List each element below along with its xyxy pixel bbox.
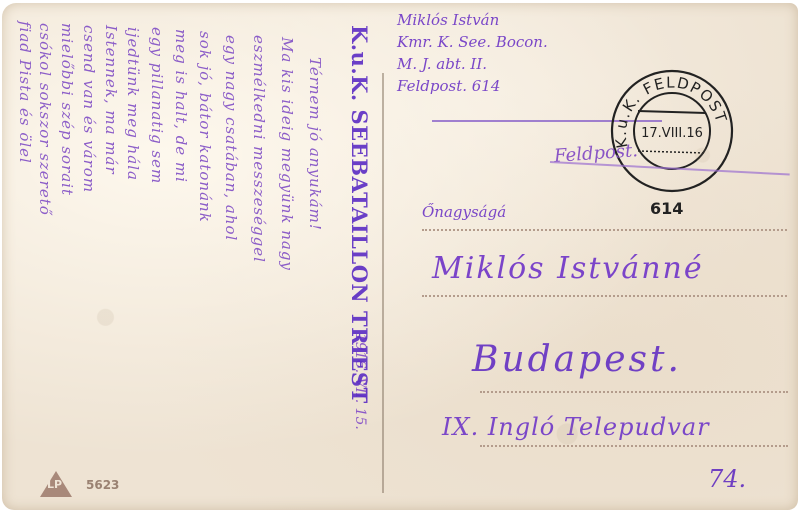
address-city: Budapest. (472, 339, 682, 380)
address-dotted-line (422, 295, 787, 297)
message-line: ijedtünk meg hála (124, 27, 142, 181)
postmark-office-number: 614 (650, 199, 683, 218)
address-number: 74. (708, 465, 746, 493)
message-line: fiad Pista és ölel (16, 21, 34, 164)
message-line: sok jó, bátor katonánk (196, 31, 214, 223)
postmark-date: 17.VIII.16 (641, 126, 703, 141)
postmark: K.u.K. FELDPOST 17.VIII.16 (608, 67, 736, 195)
publisher-card-number: 5623 (86, 478, 119, 492)
message-line: eszmélkedni messzeséggel (250, 35, 268, 263)
sender-line: Kmr. K. See. Bocon. (397, 31, 657, 53)
message-line: meg is halt, de mi (172, 29, 190, 183)
message-line: csókol sokszor szerető (36, 23, 54, 216)
address-recipient: Miklós Istvánné (432, 251, 704, 286)
message-line: Istennek, ma már (102, 25, 120, 175)
message-line: mielőbbi szép sorait (58, 23, 76, 196)
address-dotted-line (480, 391, 788, 393)
message-area: Térnem jó anyukám! Ma kis ideig megyünk … (16, 17, 336, 497)
message-line: Térnem jó anyukám! (306, 57, 324, 231)
address-salutation: Őnagyságá (422, 203, 506, 221)
address-dotted-line (480, 445, 788, 447)
message-line: egy pillanatig sem (148, 27, 166, 184)
address-street: IX. Ingló Telepudvar (442, 413, 710, 441)
publisher-logo-text: LP (47, 478, 62, 491)
sender-line: Miklós István (397, 9, 657, 31)
divider-line (382, 73, 384, 493)
address-dotted-line (422, 229, 787, 231)
postmark-circle-icon: K.u.K. FELDPOST 17.VIII.16 (608, 67, 736, 195)
message-line: csend van és várom (80, 25, 98, 193)
publisher-mark: LP 5623 (40, 471, 72, 497)
message-line: Ma kis ideig megyünk nagy (278, 37, 296, 271)
postcard: Térnem jó anyukám! Ma kis ideig megyünk … (2, 3, 798, 510)
message-line: egy nagy csatában, ahol (222, 35, 240, 241)
unit-stamp: K.u.K. SEEBATAILLON TRIEST (347, 25, 372, 404)
